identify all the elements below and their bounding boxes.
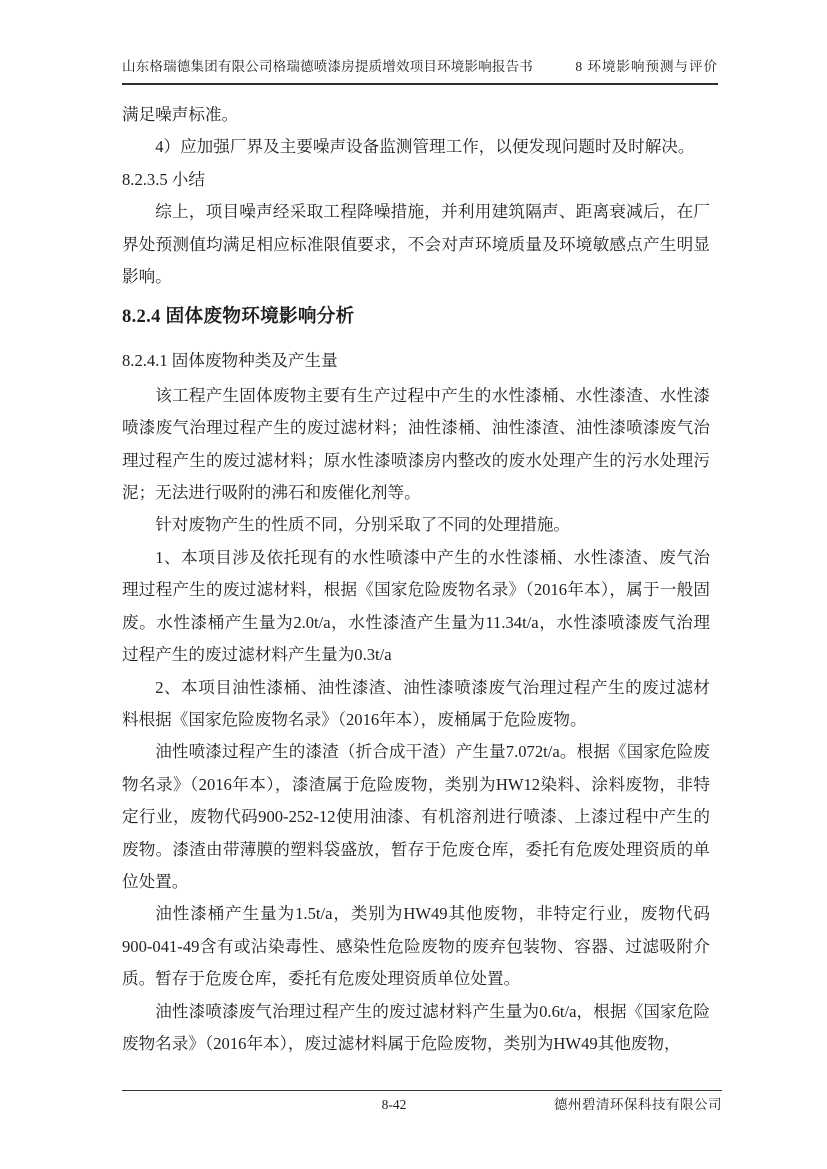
paragraph: 油性漆喷漆废气治理过程产生的废过滤材料产生量为0.6t/a，根据《国家危险废物名… bbox=[122, 996, 710, 1061]
paragraph: 油性漆桶产生量为1.5t/a，类别为HW49其他废物，非特定行业，废物代码900… bbox=[122, 898, 710, 995]
page-number: 8-42 bbox=[382, 1095, 407, 1114]
paragraph: 2、本项目油性漆桶、油性漆渣、油性漆喷漆废气治理过程产生的废过滤材料根据《国家危… bbox=[122, 672, 710, 737]
section-heading: 8.2.4.1 固体废物种类及产生量 bbox=[122, 345, 710, 377]
paragraph: 综上，项目噪声经采取工程降噪措施，并利用建筑隔声、距离衰减后，在厂界处预测值均满… bbox=[122, 196, 710, 293]
header-report-title: 山东格瑞德集团有限公司格瑞德喷漆房提质增效项目环境影响报告书 bbox=[122, 57, 533, 77]
page-header: 山东格瑞德集团有限公司格瑞德喷漆房提质增效项目环境影响报告书 8 环境影响预测与… bbox=[122, 57, 718, 85]
header-chapter-label: 8 环境影响预测与评价 bbox=[575, 57, 718, 77]
document-body: 满足噪声标准。 4）应加强厂界及主要噪声设备监测管理工作，以便发现问题时及时解决… bbox=[122, 99, 710, 1060]
page-footer: 8-42 德州碧清环保科技有限公司 bbox=[122, 1090, 722, 1114]
paragraph: 该工程产生固体废物主要有生产过程中产生的水性漆桶、水性漆渣、水性漆喷漆废气治理过… bbox=[122, 380, 710, 510]
paragraph: 1、本项目涉及依托现有的水性喷漆中产生的水性漆桶、水性漆渣、废气治理过程产生的废… bbox=[122, 542, 710, 672]
paragraph: 油性喷漆过程产生的漆渣（折合成干渣）产生量7.072t/a。根据《国家危险废物名… bbox=[122, 736, 710, 898]
report-page: 山东格瑞德集团有限公司格瑞德喷漆房提质增效项目环境影响报告书 8 环境影响预测与… bbox=[0, 0, 827, 1169]
paragraph: 满足噪声标准。 bbox=[122, 99, 710, 131]
paragraph: 针对废物产生的性质不同，分别采取了不同的处理措施。 bbox=[122, 509, 710, 541]
section-heading: 8.2.3.5 小结 bbox=[122, 164, 710, 196]
footer-company-name: 德州碧清环保科技有限公司 bbox=[434, 1095, 722, 1114]
paragraph: 4）应加强厂界及主要噪声设备监测管理工作，以便发现问题时及时解决。 bbox=[122, 131, 710, 163]
section-heading: 8.2.4 固体废物环境影响分析 bbox=[122, 300, 710, 334]
